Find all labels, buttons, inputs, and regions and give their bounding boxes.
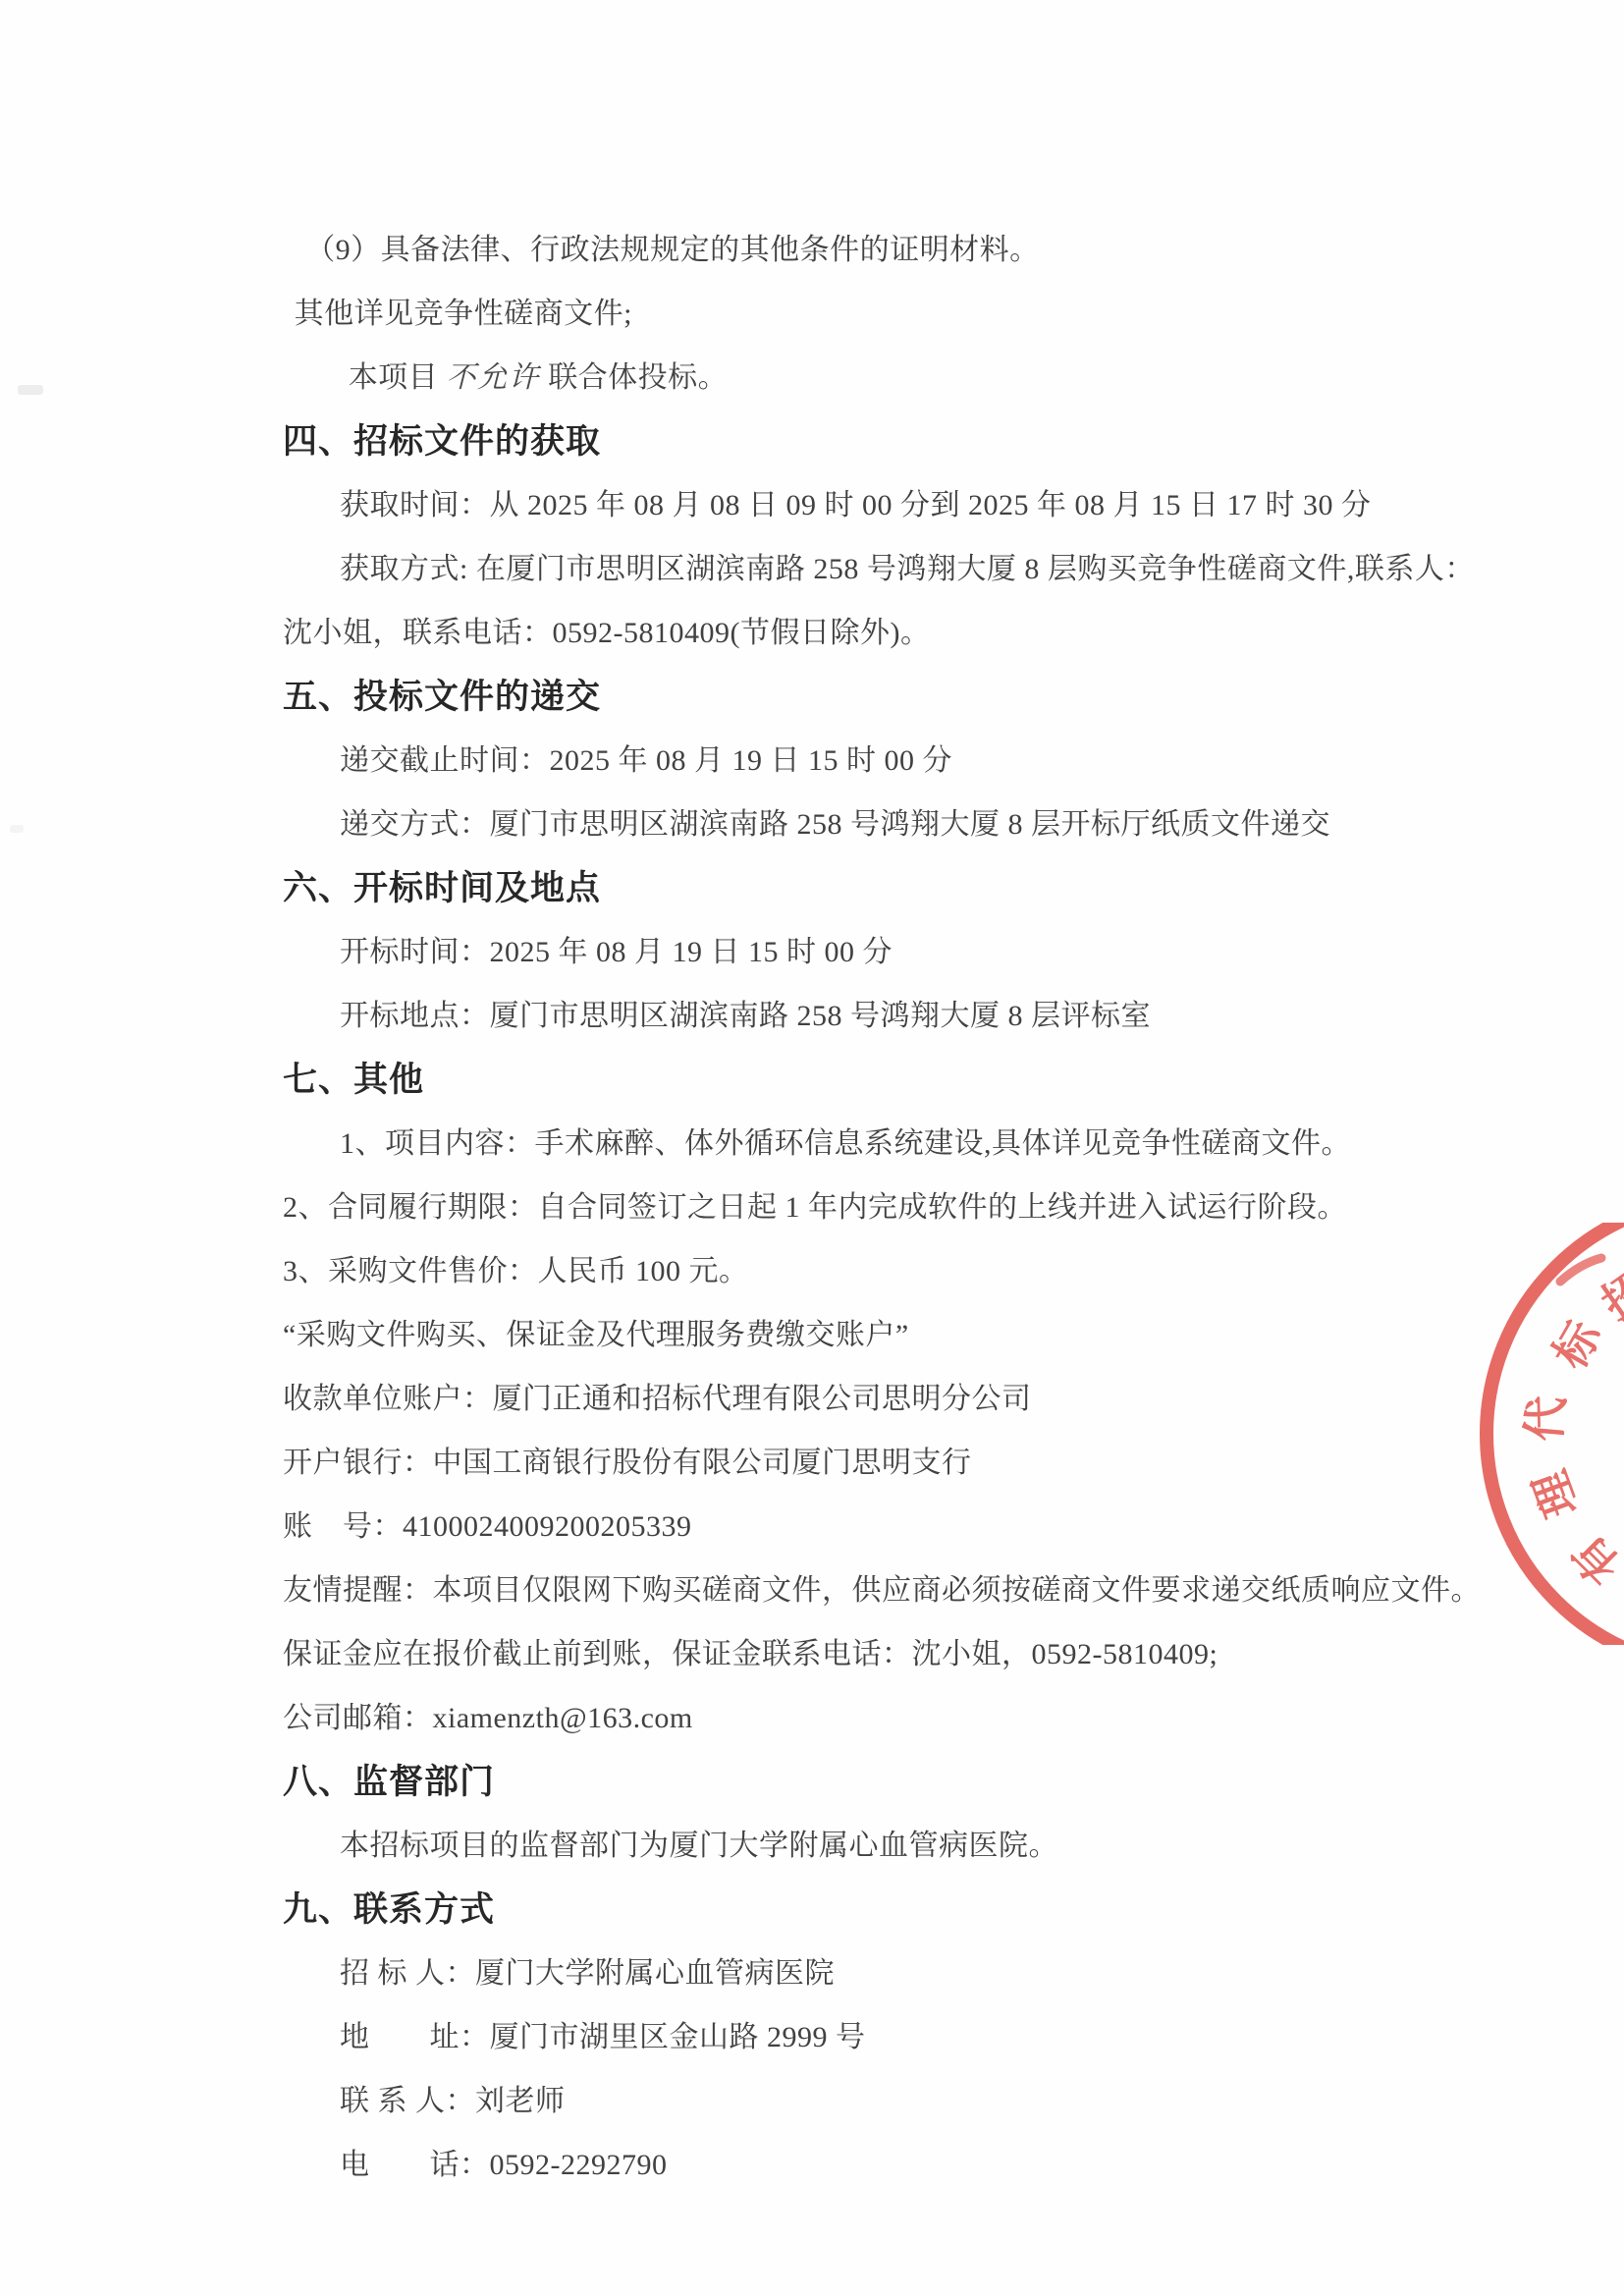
paragraph: 电 话：0592-2292790 [340,2133,1565,2197]
paragraph: 友情提醒：本项目仅限网下购买磋商文件，供应商必须按磋商文件要求递交纸质响应文件。 [283,1558,1565,1622]
scan-artifact [10,825,24,833]
paragraph: 递交截止时间：2025 年 08 月 19 日 15 时 00 分 [340,729,1565,793]
stamp-character: 招 [1594,1263,1624,1330]
section-heading: 五、投标文件的递交 [283,665,1565,729]
scan-artifact [18,385,43,395]
paragraph: 开标地点：厦门市思明区湖滨南路 258 号鸿翔大厦 8 层评标室 [340,984,1565,1048]
document-body: （9）具备法律、行政法规规定的其他条件的证明材料。其他详见竞争性磋商文件;本项目… [283,218,1565,2197]
stamp-character: 有 [1563,1526,1624,1594]
section-heading: 六、开标时间及地点 [283,856,1565,920]
paragraph: 本招标项目的监督部门为厦门大学附属心血管病医院。 [340,1814,1565,1878]
section-heading: 九、联系方式 [283,1878,1565,1941]
paragraph: 1、项目内容：手术麻醉、体外循环信息系统建设,具体详见竞争性磋商文件。 [340,1112,1565,1175]
section-heading: 四、招标文件的获取 [283,410,1565,473]
paragraph: 联 系 人：刘老师 [340,2069,1565,2133]
text-run: 联合体投标。 [540,361,728,394]
paragraph: 3、采购文件售价：人民币 100 元。 [283,1239,1565,1303]
paragraph: 账 号：4100024009200205339 [283,1495,1565,1558]
scanned-tender-document-page: （9）具备法律、行政法规规定的其他条件的证明材料。其他详见竞争性磋商文件;本项目… [0,0,1624,2296]
text-run: 本项目 [349,361,447,394]
paragraph: 开户银行：中国工商银行股份有限公司厦门思明支行 [283,1431,1565,1495]
paragraph: 收款单位账户：厦门正通和招标代理有限公司思明分公司 [283,1367,1565,1431]
paragraph: 2、合同履行期限：自合同签订之日起 1 年内完成软件的上线并进入试运行阶段。 [283,1175,1565,1239]
paragraph: 公司邮箱：xiamenzth@163.com [283,1686,1565,1750]
emphasis-text: 不允许 [446,361,540,394]
paragraph: “采购文件购买、保证金及代理服务费缴交账户” [283,1303,1565,1367]
paragraph: 本项目 不允许 联合体投标。 [349,346,1565,410]
paragraph: 获取时间：从 2025 年 08 月 08 日 09 时 00 分到 2025 … [340,473,1565,537]
paragraph: 招 标 人：厦门大学附属心血管病医院 [340,1941,1565,2005]
paragraph: 保证金应在报价截止前到账，保证金联系电话：沈小姐，0592-5810409; [283,1622,1565,1686]
section-heading: 八、监督部门 [283,1750,1565,1814]
paragraph: 其他详见竞争性磋商文件; [295,282,1565,346]
paragraph: 沈小姐，联系电话：0592-5810409(节假日除外)。 [283,601,1565,665]
stamp-ink-fragment [1560,1258,1601,1282]
section-heading: 七、其他 [283,1048,1565,1112]
paragraph: 递交方式：厦门市思明区湖滨南路 258 号鸿翔大厦 8 层开标厅纸质文件递交 [340,793,1565,856]
paragraph: 获取方式: 在厦门市思明区湖滨南路 258 号鸿翔大厦 8 层购买竞争性磋商文件… [340,537,1565,601]
paragraph: （9）具备法律、行政法规规定的其他条件的证明材料。 [305,218,1565,282]
paragraph: 地 址：厦门市湖里区金山路 2999 号 [340,2005,1565,2069]
paragraph: 开标时间：2025 年 08 月 19 日 15 时 00 分 [340,920,1565,984]
